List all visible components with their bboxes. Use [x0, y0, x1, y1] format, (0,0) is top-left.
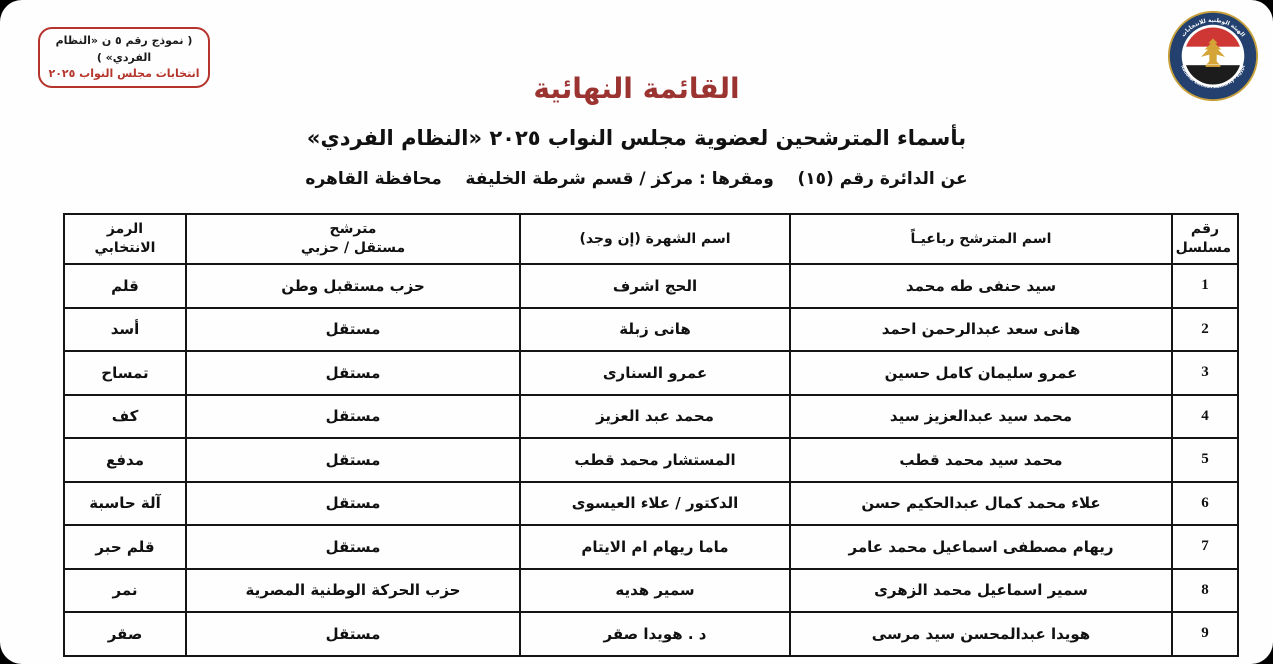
header-row: رقم مسلسل اسم المترشح رباعيـاً اسم الشهر… — [64, 214, 1238, 264]
candidates-tbody: 1 سيد حنفى طه محمد الحج اشرف حزب مستقبل … — [64, 264, 1238, 656]
cell-alias: الحج اشرف — [520, 264, 790, 308]
cell-serial: 7 — [1172, 525, 1238, 569]
cell-alias: هانى زبلة — [520, 308, 790, 352]
cell-symbol: نمر — [64, 569, 186, 613]
cell-serial: 9 — [1172, 612, 1238, 656]
cell-alias: محمد عبد العزيز — [520, 395, 790, 439]
cell-serial: 3 — [1172, 351, 1238, 395]
cell-serial: 2 — [1172, 308, 1238, 352]
cell-alias: عمرو السنارى — [520, 351, 790, 395]
table-row: 1 سيد حنفى طه محمد الحج اشرف حزب مستقبل … — [64, 264, 1238, 308]
cell-symbol: قلم حبر — [64, 525, 186, 569]
cell-candidate-name: سمير اسماعيل محمد الزهرى — [790, 569, 1172, 613]
table-row: 9 هويدا عبدالمحسن سيد مرسى د . هويدا صقر… — [64, 612, 1238, 656]
cell-alias: الدكتور / علاء العيسوى — [520, 482, 790, 526]
cell-symbol: مدفع — [64, 438, 186, 482]
cell-candidate-name: هانى سعد عبدالرحمن احمد — [790, 308, 1172, 352]
cell-affiliation: مستقل — [186, 612, 520, 656]
table-row: 6 علاء محمد كمال عبدالحكيم حسن الدكتور /… — [64, 482, 1238, 526]
cell-candidate-name: محمد سيد عبدالعزيز سيد — [790, 395, 1172, 439]
table-row: 2 هانى سعد عبدالرحمن احمد هانى زبلة مستق… — [64, 308, 1238, 352]
table-header: رقم مسلسل اسم المترشح رباعيـاً اسم الشهر… — [64, 214, 1238, 264]
header-alias: اسم الشهرة (إن وجد) — [520, 214, 790, 264]
cell-symbol: آلة حاسبة — [64, 482, 186, 526]
header-serial: رقم مسلسل — [1172, 214, 1238, 264]
cell-affiliation: حزب الحركة الوطنية المصرية — [186, 569, 520, 613]
header-symbol: الرمز الانتخابي — [64, 214, 186, 264]
table-row: 3 عمرو سليمان كامل حسين عمرو السنارى مست… — [64, 351, 1238, 395]
district-line: عن الدائرة رقم (١٥) ومقرها : مركز / قسم … — [0, 169, 1273, 189]
cell-symbol: صقر — [64, 612, 186, 656]
cell-candidate-name: هويدا عبدالمحسن سيد مرسى — [790, 612, 1172, 656]
header-affiliation: مترشح مستقل / حزبي — [186, 214, 520, 264]
page-subtitle: بأسماء المترشحين لعضوية مجلس النواب ٢٠٢٥… — [0, 126, 1273, 150]
cell-affiliation: مستقل — [186, 482, 520, 526]
cell-serial: 8 — [1172, 569, 1238, 613]
cell-alias: ماما ريهام ام الايتام — [520, 525, 790, 569]
page-title: القائمة النهائية — [0, 72, 1273, 105]
cell-serial: 5 — [1172, 438, 1238, 482]
cell-symbol: أسد — [64, 308, 186, 352]
cell-affiliation: مستقل — [186, 308, 520, 352]
document-page: ( نموذج رقم ٥ ن «النظام الفردي» ) انتخاب… — [0, 0, 1273, 664]
cell-serial: 6 — [1172, 482, 1238, 526]
cell-candidate-name: علاء محمد كمال عبدالحكيم حسن — [790, 482, 1172, 526]
cell-candidate-name: محمد سيد محمد قطب — [790, 438, 1172, 482]
cell-affiliation: مستقل — [186, 351, 520, 395]
cell-candidate-name: ريهام مصطفى اسماعيل محمد عامر — [790, 525, 1172, 569]
table-row: 7 ريهام مصطفى اسماعيل محمد عامر ماما ريه… — [64, 525, 1238, 569]
cell-symbol: قلم — [64, 264, 186, 308]
cell-alias: د . هويدا صقر — [520, 612, 790, 656]
table-row: 5 محمد سيد محمد قطب المستشار محمد قطب مس… — [64, 438, 1238, 482]
cell-candidate-name: عمرو سليمان كامل حسين — [790, 351, 1172, 395]
cell-affiliation: حزب مستقبل وطن — [186, 264, 520, 308]
cell-candidate-name: سيد حنفى طه محمد — [790, 264, 1172, 308]
table-row: 4 محمد سيد عبدالعزيز سيد محمد عبد العزيز… — [64, 395, 1238, 439]
cell-affiliation: مستقل — [186, 438, 520, 482]
header-candidate-name: اسم المترشح رباعيـاً — [790, 214, 1172, 264]
table-row: 8 سمير اسماعيل محمد الزهرى سمير هديه حزب… — [64, 569, 1238, 613]
cell-affiliation: مستقل — [186, 395, 520, 439]
cell-symbol: تمساح — [64, 351, 186, 395]
cell-alias: سمير هديه — [520, 569, 790, 613]
cell-serial: 4 — [1172, 395, 1238, 439]
cell-affiliation: مستقل — [186, 525, 520, 569]
cell-symbol: كف — [64, 395, 186, 439]
cell-serial: 1 — [1172, 264, 1238, 308]
candidates-table: رقم مسلسل اسم المترشح رباعيـاً اسم الشهر… — [63, 213, 1239, 657]
form-number-line: ( نموذج رقم ٥ ن «النظام الفردي» ) — [46, 33, 202, 66]
cell-alias: المستشار محمد قطب — [520, 438, 790, 482]
